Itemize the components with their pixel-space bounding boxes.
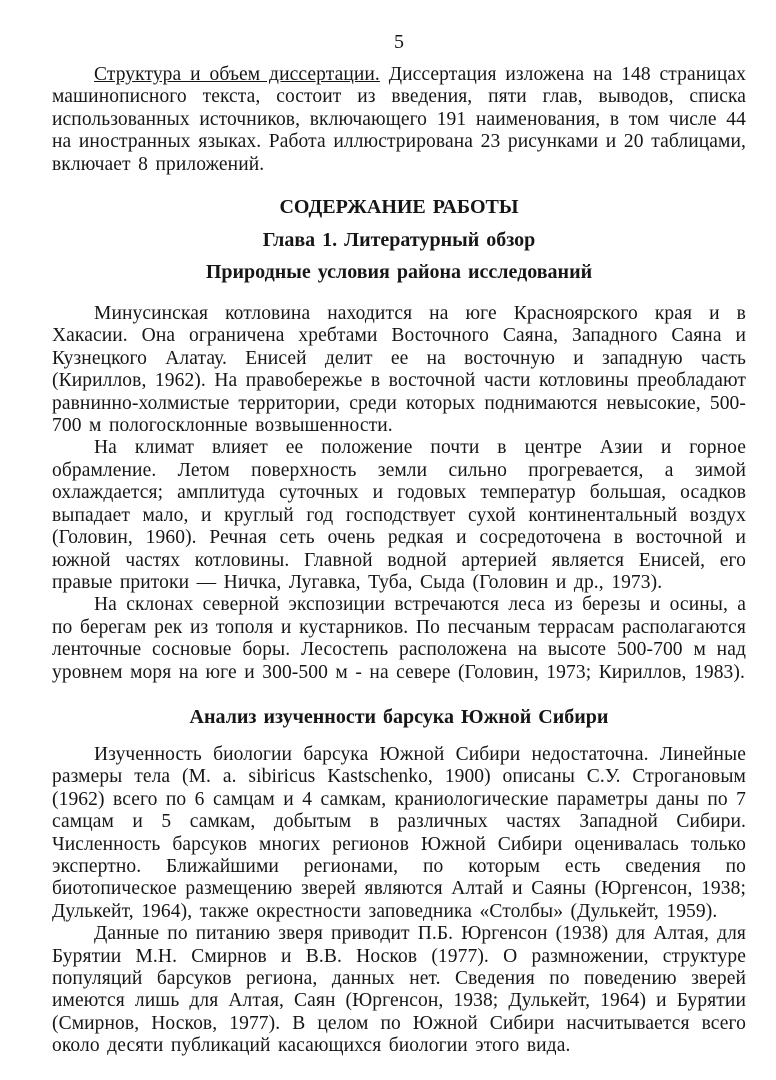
intro-lead-underlined: Структура и объем диссертации. xyxy=(94,64,380,85)
intro-paragraph: Структура и объем диссертации. Диссертац… xyxy=(52,64,746,176)
paragraph-analysis-1: Изученность биологии барсука Южной Сибир… xyxy=(52,744,746,923)
paragraph-nature-3: На склонах северной экспозиции встречают… xyxy=(52,594,746,684)
paragraph-nature-2: На климат влияет ее положение почти в це… xyxy=(52,437,746,594)
heading-contents: СОДЕРЖАНИЕ РАБОТЫ xyxy=(52,195,746,219)
paragraph-nature-1: Минусинская котловина находится на юге К… xyxy=(52,303,746,437)
heading-chapter-1: Глава 1. Литературный обзор xyxy=(52,228,746,252)
heading-section-analysis: Анализ изученности барсука Южной Сибири xyxy=(52,705,746,729)
paragraph-analysis-2: Данные по питанию зверя приводит П.Б. Юр… xyxy=(52,923,746,1057)
heading-section-nature: Природные условия района исследований xyxy=(52,260,746,284)
document-page: 5 Структура и объем диссертации. Диссерт… xyxy=(0,0,776,1080)
page-number: 5 xyxy=(52,30,746,54)
